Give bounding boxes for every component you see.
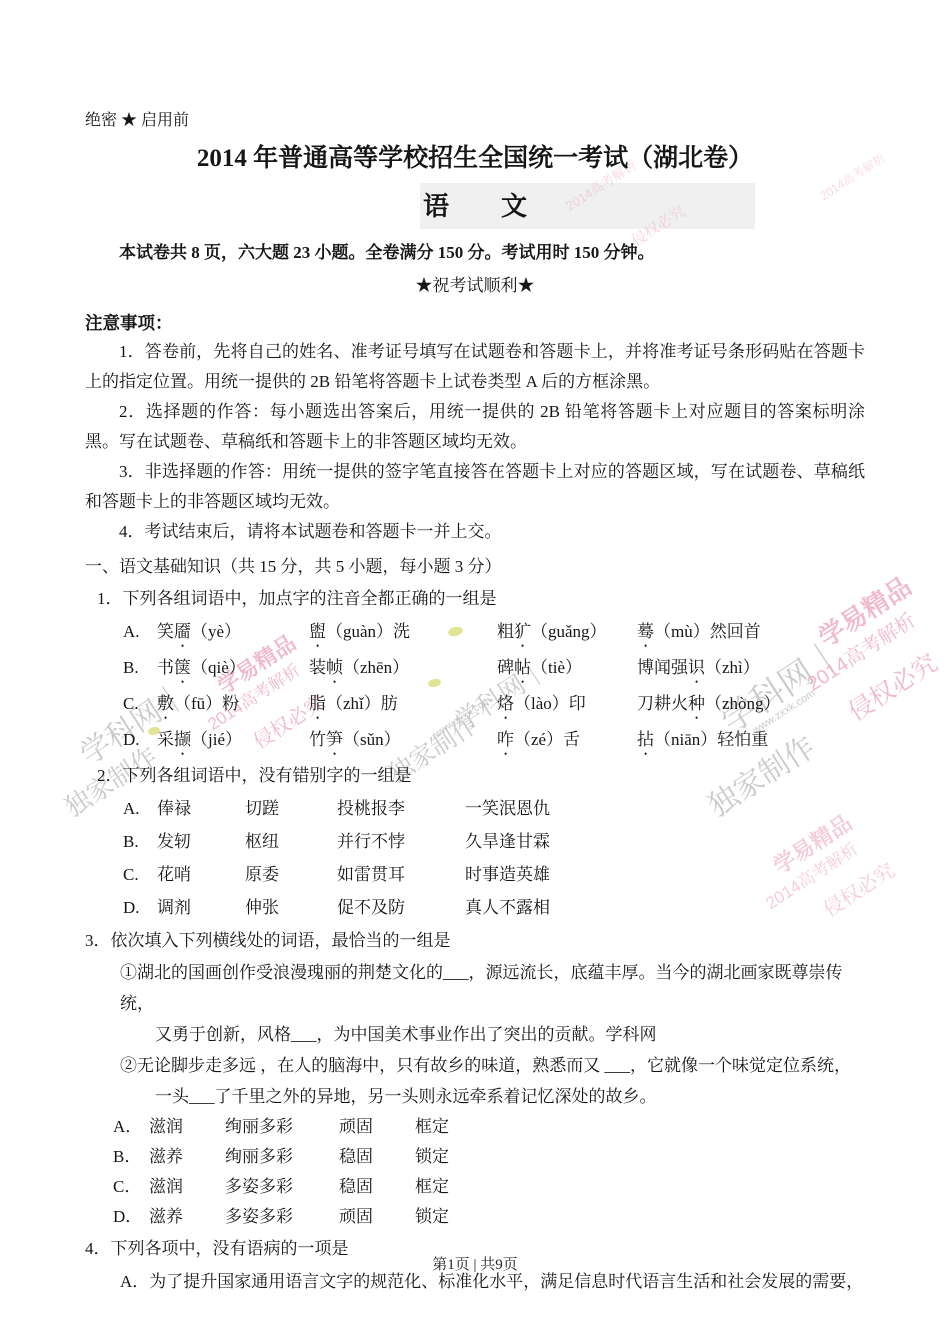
- option-cell: 书箧（qiè）: [157, 651, 309, 687]
- option-cell: 花哨: [157, 858, 245, 891]
- question-3-line-3: ②无论脚步走多远 ，在人的脑海中，只有故乡的味道，熟悉而又 ___，它就像一个味…: [85, 1050, 865, 1081]
- wish-line: ★祝考试顺利★: [85, 273, 865, 299]
- option-cell: 盥（guàn）洗: [309, 615, 497, 651]
- option-cell: 滋润: [149, 1172, 225, 1202]
- option-cell: 顽固: [339, 1202, 415, 1232]
- option-row-d: D. 采撷（jié） 竹笋（sǔn） 咋（zé）舌 拈（niān）轻怕重: [85, 723, 865, 759]
- option-label: B．: [113, 1142, 149, 1172]
- option-cell: 框定: [415, 1172, 865, 1202]
- question-3-line-1: ①湖北的国画创作受浪漫瑰丽的荆楚文化的___，源远流长，底蕴丰厚。当今的湖北画家…: [85, 957, 865, 1019]
- option-cell: 久旱逢甘霖: [465, 825, 865, 858]
- option-cell: 粗犷（guǎng）: [497, 615, 637, 651]
- option-cell: 调剂: [157, 891, 245, 924]
- option-cell: 稳固: [339, 1142, 415, 1172]
- notice-item-3: 3．非选择题的作答：用统一提供的签字笔直接答在答题卡上对应的答题区域，写在试题卷…: [85, 457, 865, 517]
- question-3-line-2: 又勇于创新，风格___，为中国美术事业作出了突出的贡献。学科网: [85, 1019, 865, 1050]
- option-label: C.: [123, 687, 157, 723]
- option-cell: 枢纽: [245, 825, 337, 858]
- option-cell: 滋养: [149, 1202, 225, 1232]
- option-label: C.: [123, 858, 157, 891]
- option-cell: 投桃报李: [337, 792, 465, 825]
- option-row-b: B. 书箧（qiè） 装帧（zhēn） 碑帖（tiè） 博闻强识（zhì）: [85, 651, 865, 687]
- option-cell: 真人不露相: [465, 891, 865, 924]
- option-cell: 绚丽多彩: [225, 1112, 339, 1142]
- option-cell: 绚丽多彩: [225, 1142, 339, 1172]
- option-cell: 多姿多彩: [225, 1202, 339, 1232]
- option-row-a: A. 俸禄 切蹉 投桃报李 一笑泯恩仇: [85, 792, 865, 825]
- option-cell: 博闻强识（zhì）: [637, 651, 865, 687]
- option-cell: 锁定: [415, 1142, 865, 1172]
- option-label: B.: [123, 651, 157, 687]
- option-cell: 装帧（zhēn）: [309, 651, 497, 687]
- question-2: 2．下列各组词语中，没有错别字的一组是 A. 俸禄 切蹉 投桃报李 一笑泯恩仇 …: [85, 759, 865, 924]
- option-label: A．: [113, 1112, 149, 1142]
- option-label: D．: [113, 1202, 149, 1232]
- option-row-c: C. 敷（fū）粉 脂（zhǐ）肪 烙（lào）印 刀耕火种（zhòng）: [85, 687, 865, 723]
- option-row-b: B. 发轫 枢纽 并行不悖 久旱逢甘霖: [85, 825, 865, 858]
- option-cell: 顽固: [339, 1112, 415, 1142]
- option-cell: 俸禄: [157, 792, 245, 825]
- option-cell: 原委: [245, 858, 337, 891]
- exam-paper-page: 2014高考解析 侵权必究 2014高考解析 学科网｜ 独家制作 学易精品 20…: [0, 0, 950, 1344]
- notice-item-2: 2．选择题的作答：每小题选出答案后，用统一提供的 2B 铅笔将答题卡上对应题目的…: [85, 397, 865, 457]
- option-label: A.: [123, 792, 157, 825]
- option-row-d: D． 滋养 多姿多彩 顽固 锁定: [85, 1202, 865, 1232]
- page-indicator: 第1页 | 共9页: [0, 1253, 950, 1274]
- notice-item-1: 1．答卷前，先将自己的姓名、准考证号填写在试题卷和答题卡上，并将准考证号条形码贴…: [85, 337, 865, 397]
- notice-item-4: 4．考试结束后，请将本试题卷和答题卡一并上交。: [85, 517, 865, 547]
- section-one-heading: 一、语文基础知识（共 15 分，共 5 小题，每小题 3 分）: [85, 552, 865, 582]
- option-cell: 竹笋（sǔn）: [309, 723, 497, 759]
- subject-title: 语 文: [85, 189, 865, 225]
- option-cell: 拈（niān）轻怕重: [637, 723, 865, 759]
- option-cell: 切蹉: [245, 792, 337, 825]
- option-row-b: B． 滋养 绚丽多彩 稳固 锁定: [85, 1142, 865, 1172]
- document-content: 绝密 ★ 启用前 2014 年普通高等学校招生全国统一考试（湖北卷） 语 文 本…: [85, 110, 865, 1298]
- exam-info-line: 本试卷共 8 页，六大题 23 小题。全卷满分 150 分。考试用时 150 分…: [85, 240, 865, 266]
- option-row-c: C． 滋润 多姿多彩 稳固 框定: [85, 1172, 865, 1202]
- option-cell: 咋（zé）舌: [497, 723, 637, 759]
- option-cell: 多姿多彩: [225, 1172, 339, 1202]
- option-cell: 脂（zhǐ）肪: [309, 687, 497, 723]
- option-cell: 并行不悖: [337, 825, 465, 858]
- option-cell: 蓦（mù）然回首: [637, 615, 865, 651]
- option-cell: 如雷贯耳: [337, 858, 465, 891]
- question-3-line-4: 一头___了千里之外的异地，另一头则永远牵系着记忆深处的故乡。: [85, 1081, 865, 1112]
- option-row-a: A． 滋润 绚丽多彩 顽固 框定: [85, 1112, 865, 1142]
- option-label: D.: [123, 723, 157, 759]
- option-cell: 稳固: [339, 1172, 415, 1202]
- question-2-stem: 2．下列各组词语中，没有错别字的一组是: [85, 759, 865, 792]
- option-label: D.: [123, 891, 157, 924]
- option-cell: 碑帖（tiè）: [497, 651, 637, 687]
- secrecy-label: 绝密 ★ 启用前: [85, 110, 865, 132]
- option-label: C．: [113, 1172, 149, 1202]
- question-1: 1．下列各组词语中，加点字的注音全都正确的一组是 A. 笑靥（yè） 盥（guà…: [85, 582, 865, 759]
- option-row-d: D. 调剂 伸张 促不及防 真人不露相: [85, 891, 865, 924]
- question-3: 3．依次填入下列横线处的词语，最恰当的一组是 ①湖北的国画创作受浪漫瑰丽的荆楚文…: [85, 924, 865, 1232]
- notices-heading: 注意事项：: [85, 309, 865, 337]
- option-label: B.: [123, 825, 157, 858]
- option-cell: 刀耕火种（zhòng）: [637, 687, 865, 723]
- option-cell: 笑靥（yè）: [157, 615, 309, 651]
- exam-title: 2014 年普通高等学校招生全国统一考试（湖北卷）: [85, 142, 865, 176]
- option-cell: 发轫: [157, 825, 245, 858]
- option-row-a: A. 笑靥（yè） 盥（guàn）洗 粗犷（guǎng） 蓦（mù）然回首: [85, 615, 865, 651]
- option-label: A.: [123, 615, 157, 651]
- option-cell: 时事造英雄: [465, 858, 865, 891]
- option-cell: 伸张: [245, 891, 337, 924]
- option-cell: 采撷（jié）: [157, 723, 309, 759]
- option-cell: 锁定: [415, 1202, 865, 1232]
- option-row-c: C. 花哨 原委 如雷贯耳 时事造英雄: [85, 858, 865, 891]
- option-cell: 框定: [415, 1112, 865, 1142]
- option-cell: 烙（lào）印: [497, 687, 637, 723]
- question-3-stem: 3．依次填入下列横线处的词语，最恰当的一组是: [85, 924, 865, 957]
- option-cell: 一笑泯恩仇: [465, 792, 865, 825]
- option-cell: 促不及防: [337, 891, 465, 924]
- option-cell: 敷（fū）粉: [157, 687, 309, 723]
- question-1-stem: 1．下列各组词语中，加点字的注音全都正确的一组是: [85, 582, 865, 615]
- option-cell: 滋养: [149, 1142, 225, 1172]
- option-cell: 滋润: [149, 1112, 225, 1142]
